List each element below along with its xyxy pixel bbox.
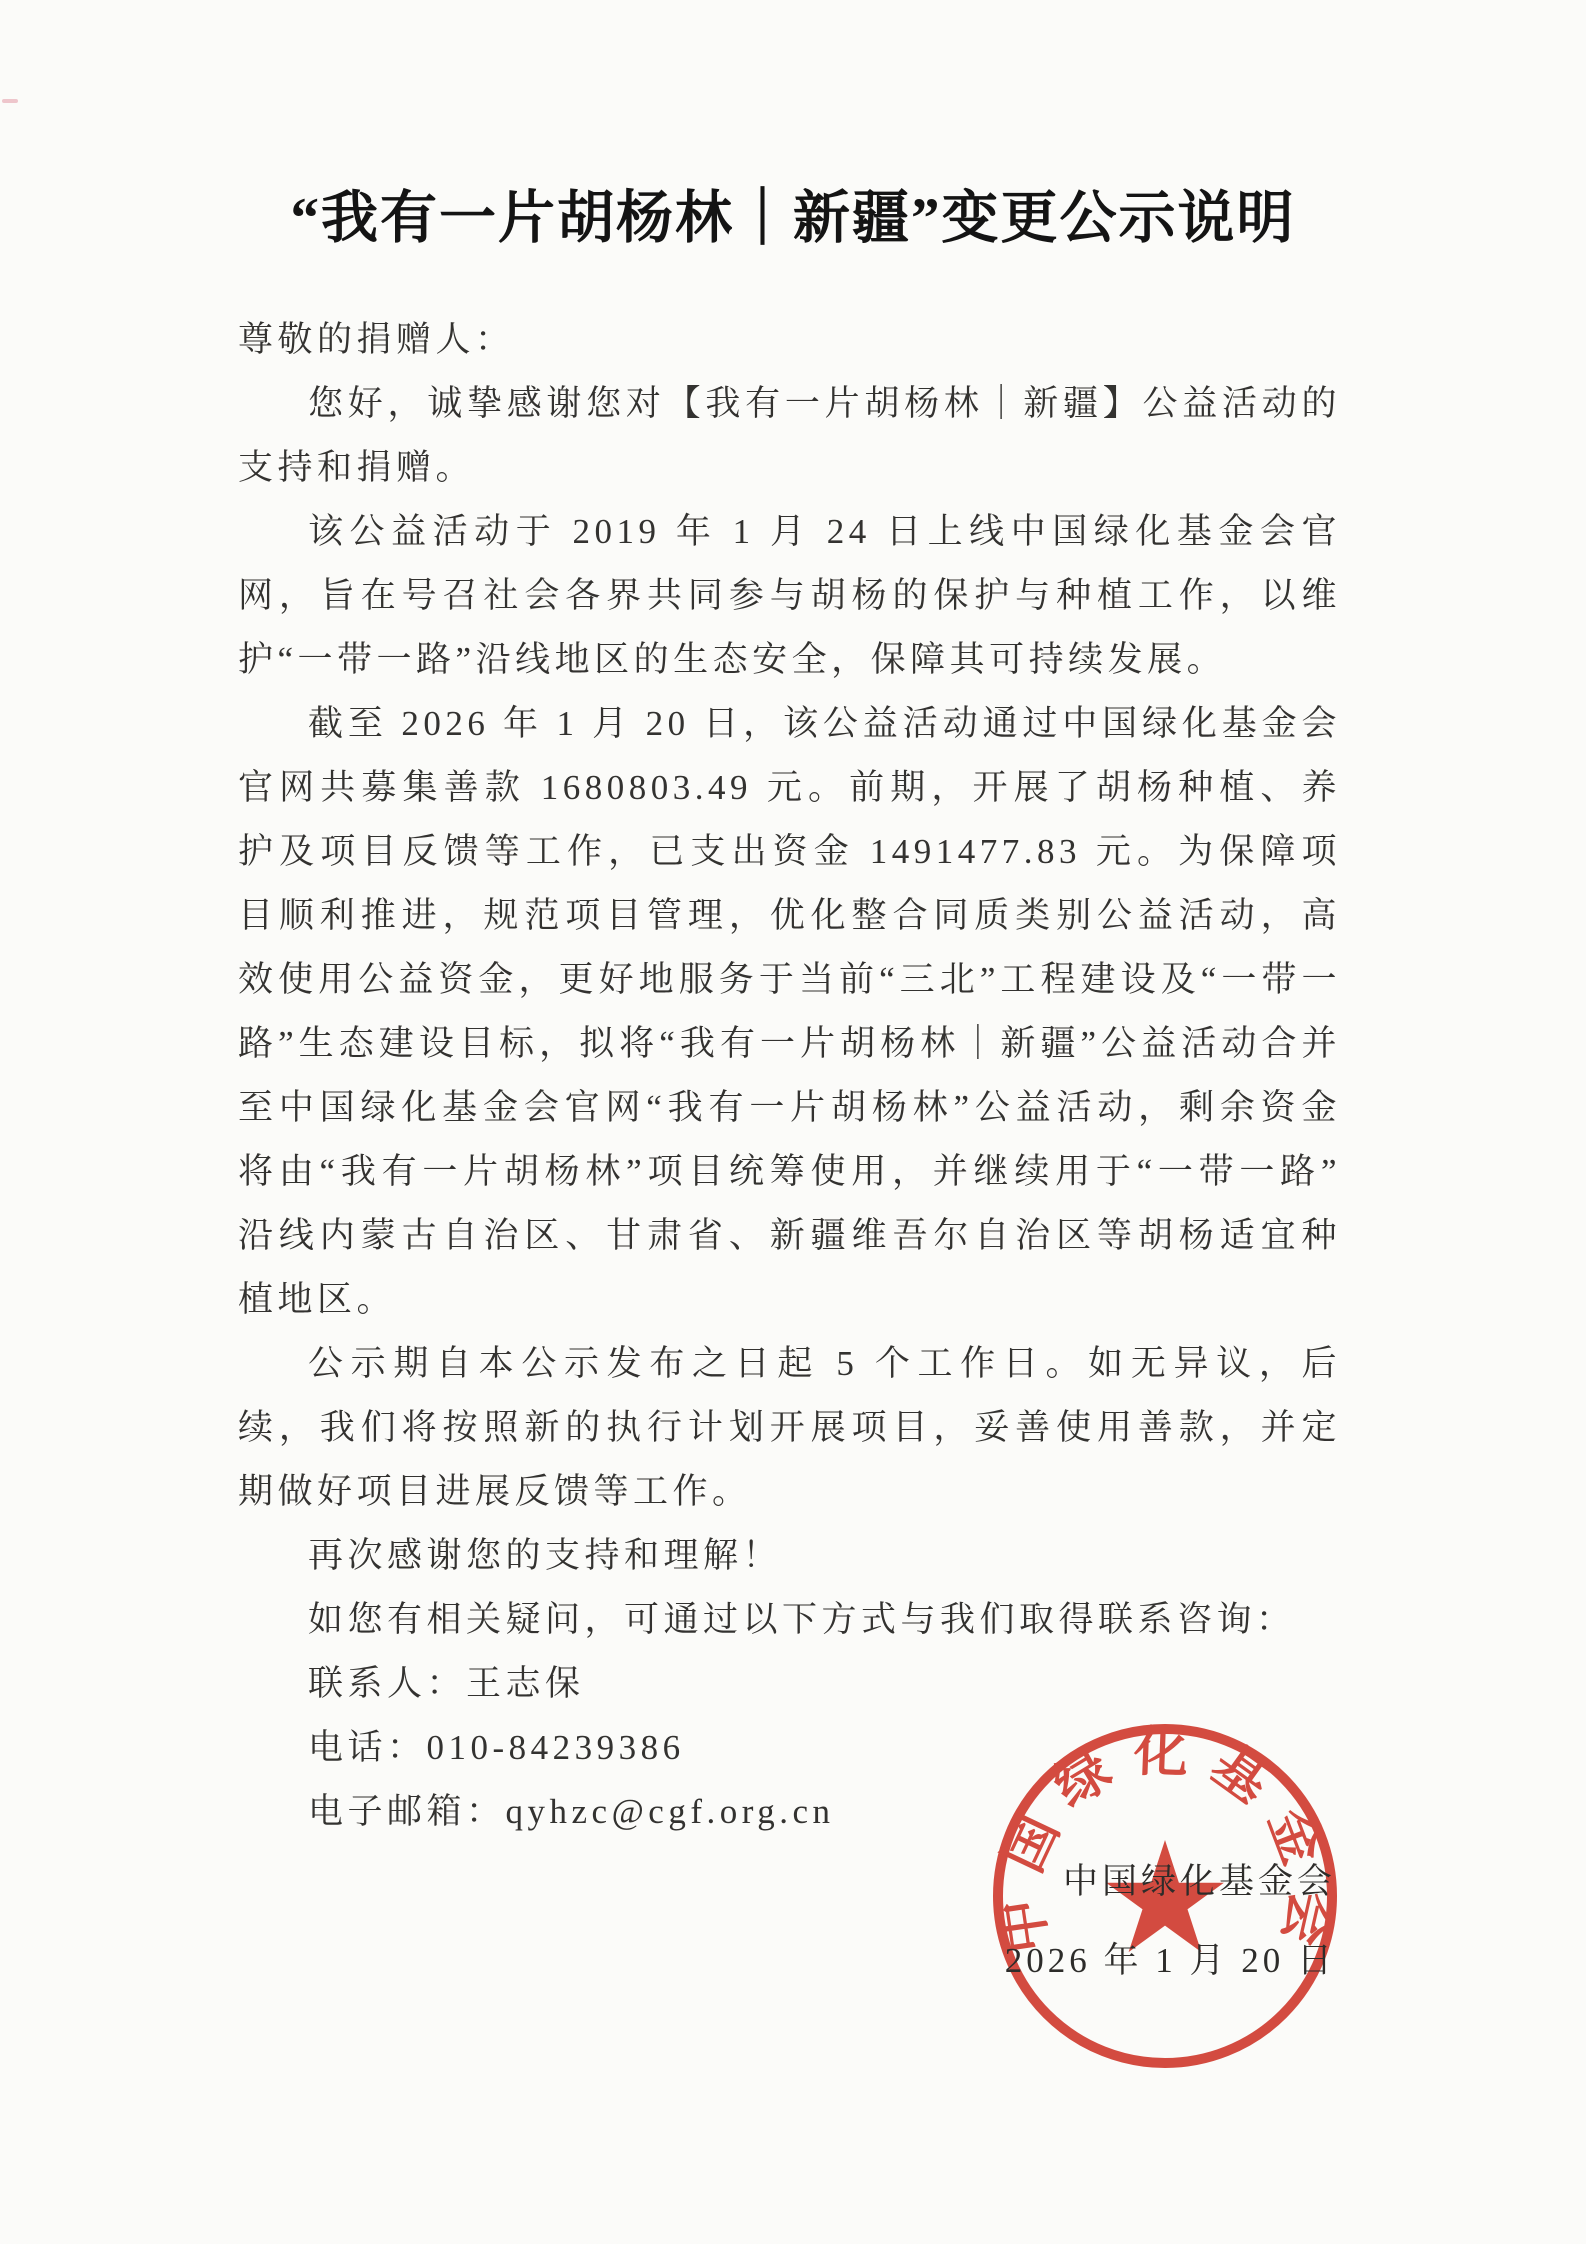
signature-date: 2026 年 1 月 20 日 [1005,1921,1336,2000]
paragraph-funds-merge: 截至 2026 年 1 月 20 日，该公益活动通过中国绿化基金会官网共募集善款… [238,692,1341,1332]
paragraph-launch-info: 该公益活动于 2019 年 1 月 24 日上线中国绿化基金会官网，旨在号召社会… [238,500,1341,692]
scanned-document-page: “我有一片胡杨林｜新疆”变更公示说明 尊敬的捐赠人： 您好，诚挚感谢您对【我有一… [0,0,1586,2244]
contact-person-line: 联系人：王志保 [238,1652,1341,1716]
salutation-line: 尊敬的捐赠人： [238,308,1341,372]
scan-artifact-mark [2,99,18,103]
signature-organization: 中国绿化基金会 [1005,1842,1336,1921]
paragraph-thanks: 您好，诚挚感谢您对【我有一片胡杨林｜新疆】公益活动的支持和捐赠。 [238,372,1341,500]
paragraph-notice-period: 公示期自本公示发布之日起 5 个工作日。如无异议，后续，我们将按照新的执行计划开… [238,1332,1341,1524]
signature-block: 中国绿化基金会 2026 年 1 月 20 日 [1005,1842,1336,2000]
document-title: “我有一片胡杨林｜新疆”变更公示说明 [0,172,1586,254]
paragraph-contact-intro: 如您有相关疑问，可通过以下方式与我们取得联系咨询： [238,1588,1341,1652]
paragraph-thanks-again: 再次感谢您的支持和理解！ [238,1524,1341,1588]
document-body: 尊敬的捐赠人： 您好，诚挚感谢您对【我有一片胡杨林｜新疆】公益活动的支持和捐赠。… [238,308,1341,1844]
